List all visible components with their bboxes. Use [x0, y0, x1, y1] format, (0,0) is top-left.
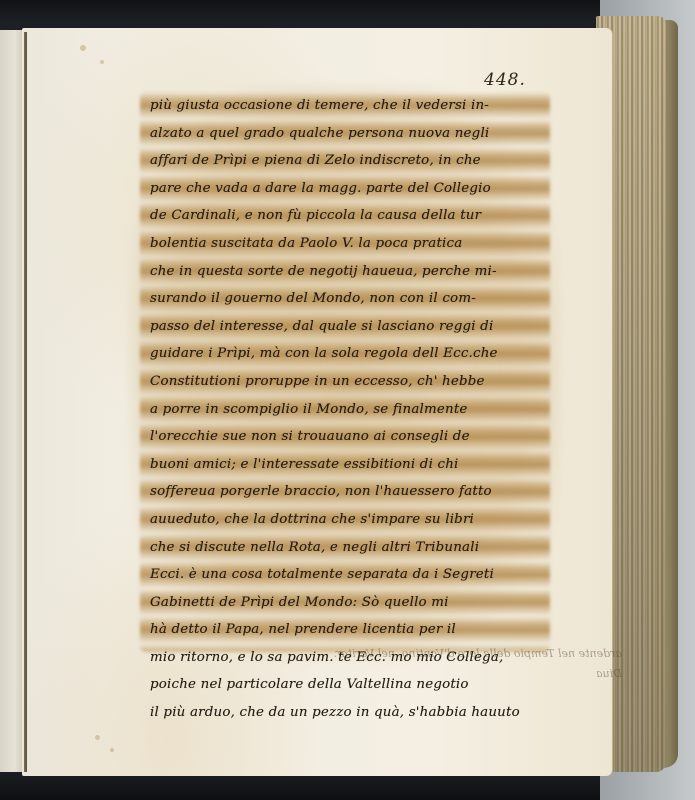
text-line: surando il gouerno del Mondo, non con il… — [150, 285, 560, 313]
text-line: pare che vada a dare la magg. parte del … — [150, 175, 560, 203]
text-line: passo del interesse, dal quale si lascia… — [150, 313, 560, 341]
text-line: soffereua porgerle braccio, non l'hauess… — [150, 478, 560, 506]
bleed-through-line: ardente nel Tempio della loro d'Vantino,… — [142, 644, 622, 664]
text-line: il più arduo, che da un pezzo in quà, s'… — [150, 699, 560, 727]
text-line: Gabinetti de Prìpi del Mondo: Sò quello … — [150, 589, 560, 617]
text-line: a porre in scompiglio il Mondo, se final… — [150, 396, 560, 424]
facing-page-edge — [0, 30, 24, 772]
text-line: de Cardinali, e non fù piccola la causa … — [150, 202, 560, 230]
foxing-spot — [110, 748, 114, 752]
binding-gutter — [24, 32, 27, 772]
bleed-through-text: ardente nel Tempio della loro d'Vantino,… — [142, 644, 622, 684]
text-line: hà detto il Papa, nel prendere licentia … — [150, 616, 560, 644]
foxing-spot — [100, 60, 104, 64]
text-line: buoni amici; e l'interessate essibitioni… — [150, 451, 560, 479]
text-line: l'orecchie sue non si trouauano ai conse… — [150, 423, 560, 451]
text-line: Constitutioni proruppe in un eccesso, ch… — [150, 368, 560, 396]
manuscript-text-block: più giusta occasione di temere, che il v… — [150, 92, 560, 727]
text-line: auueduto, che la dottrina che s'impare s… — [150, 506, 560, 534]
folio-number: 448. — [484, 70, 526, 90]
bleed-through-line: Diua — [142, 664, 622, 684]
text-line: bolentia suscitata da Paolo V. la poca p… — [150, 230, 560, 258]
text-line: che in questa sorte de negotij haueua, p… — [150, 258, 560, 286]
text-line: alzato a quel grado qualche persona nuov… — [150, 120, 560, 148]
text-line: Ecci. è una cosa totalmente separata da … — [150, 561, 560, 589]
text-line: che si discute nella Rota, e negli altri… — [150, 534, 560, 562]
text-line: più giusta occasione di temere, che il v… — [150, 92, 560, 120]
text-line: guidare i Prìpi, mà con la sola regola d… — [150, 340, 560, 368]
text-line: affari de Prìpi e piena di Zelo indiscre… — [150, 147, 560, 175]
foxing-spot — [80, 45, 86, 51]
foxing-spot — [95, 735, 100, 740]
